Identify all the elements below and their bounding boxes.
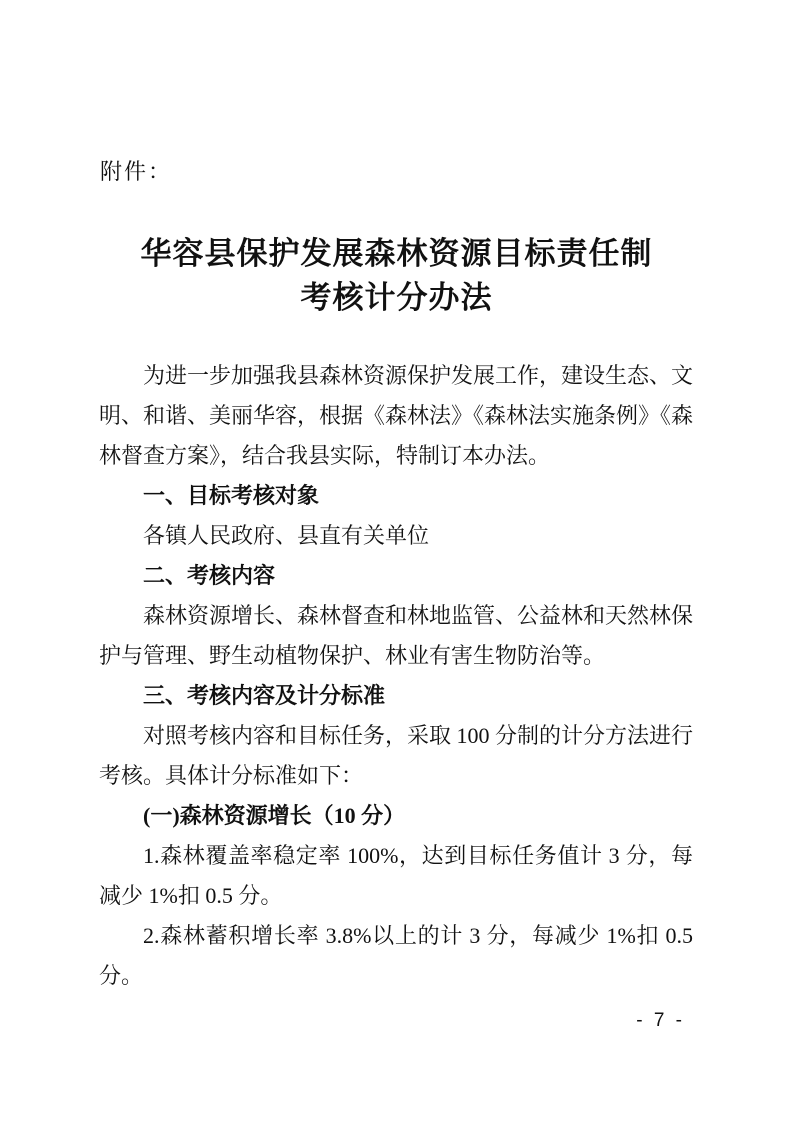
section-heading: 二、考核内容 [99,556,693,596]
document-page: 附件： 华容县保护发展森林资源目标责任制 考核计分办法 为进一步加强我县森林资源… [0,0,793,1122]
document-title: 华容县保护发展森林资源目标责任制 考核计分办法 [0,232,793,320]
body-paragraph: 2.森林蓄积增长率 3.8%以上的计 3 分，每减少 1%扣 0.5 分。 [99,916,693,996]
body-paragraph: 为进一步加强我县森林资源保护发展工作，建设生态、文明、和谐、美丽华容，根据《森林… [99,356,693,476]
document-title-line-1: 华容县保护发展森林资源目标责任制 [0,232,793,276]
body-paragraph: 1.森林覆盖率稳定率 100%，达到目标任务值计 3 分，每减少 1%扣 0.5… [99,836,693,916]
document-body: 为进一步加强我县森林资源保护发展工作，建设生态、文明、和谐、美丽华容，根据《森林… [99,356,693,996]
section-heading: 三、考核内容及计分标准 [99,676,693,716]
attachment-label: 附件： [100,156,172,188]
body-paragraph: 森林资源增长、森林督查和林地监管、公益林和天然林保护与管理、野生动植物保护、林业… [99,596,693,676]
document-title-line-2: 考核计分办法 [0,276,793,320]
section-heading: 一、目标考核对象 [99,476,693,516]
body-paragraph: 对照考核内容和目标任务，采取 100 分制的计分方法进行考核。具体计分标准如下： [99,716,693,796]
page-number: - 7 - [636,1008,685,1034]
body-paragraph: 各镇人民政府、县直有关单位 [99,516,693,556]
section-heading: (一)森林资源增长（10 分） [99,796,693,836]
